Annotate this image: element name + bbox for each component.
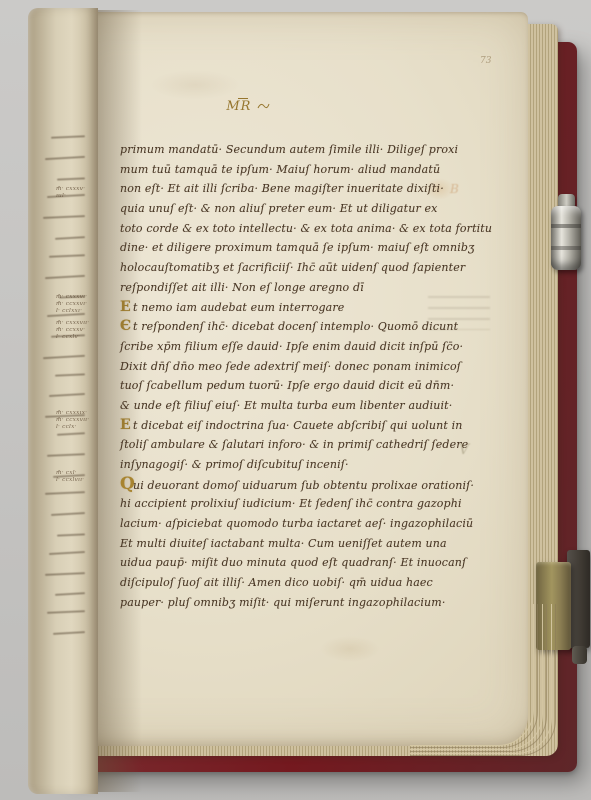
manuscript-line: ſcribe xp̄m filium eſſe dauid· Ipſe enim… xyxy=(120,337,502,357)
manuscript-line: mum tuū tamquā te ipſum· Maiuſ horum· al… xyxy=(120,160,502,180)
manuscript-line: primum mandatū· Secundum autem ſimile il… xyxy=(120,140,502,160)
facing-page-text-line xyxy=(43,355,85,360)
bottom-clasp-knob xyxy=(572,646,587,664)
manuscript-line: lacium· aſpiciebat quomodo turba iactare… xyxy=(120,514,502,534)
manuscript-text-block: primum mandatū· Secundum autem ſimile il… xyxy=(120,140,502,613)
canon-note-line: l· ccxlvıı· xyxy=(56,477,114,484)
canon-note-line: l· cclx· xyxy=(56,424,114,431)
manuscript-line: dine· et diligere proximum tamquā ſe ipſ… xyxy=(120,238,502,258)
facing-page-text-line xyxy=(49,551,85,555)
illuminated-initial: E xyxy=(120,298,133,318)
canon-note-line: m̄· ccxxvıı· xyxy=(56,417,114,424)
facing-page-text-line xyxy=(49,254,85,258)
facing-page-text-line xyxy=(57,177,85,181)
running-title-text: MR xyxy=(226,99,251,114)
margin-canon-note: m̄· cxxxıx·m̄· ccxxvıı·l· cclx· xyxy=(56,410,114,432)
facing-page-text-line xyxy=(57,432,85,436)
manuscript-line: tuoſ ſcabellum pedum tuorū· Ipſe ergo da… xyxy=(120,376,502,396)
facing-page-text-line xyxy=(45,572,85,576)
canon-note-line: l· cclxxı· xyxy=(56,308,114,315)
facing-page-text-line xyxy=(55,593,85,597)
facing-page-text-line xyxy=(53,631,85,635)
folio-number: 73 xyxy=(480,56,491,66)
facing-page-text-line xyxy=(55,236,85,240)
facing-page-text-line xyxy=(49,393,85,397)
facing-page-text-line xyxy=(47,453,85,457)
canon-note-line: ıul· xyxy=(56,193,114,200)
margin-canon-note: m̄· cxxxv·ıul· xyxy=(56,186,114,200)
manuscript-line: inſynagogiſ· & primoſ diſcubituſ inceniſ… xyxy=(120,455,502,475)
manuscript-line: Dixit dn̄ſ dn̄o meo ſede adextriſ meiſ· … xyxy=(120,357,502,377)
facing-page-text-line xyxy=(47,610,85,614)
manuscript-line: reſpondiſſet ait illi· Non eſ longe areg… xyxy=(120,278,502,298)
canon-note-line: m̄· cxxxvıı· xyxy=(56,320,114,327)
manuscript-line: hi accipient prolixiuſ iudicium· Et ſede… xyxy=(120,494,502,514)
canon-note-line: m̄· ccxxv· xyxy=(56,327,114,334)
facing-page-edge xyxy=(28,8,98,794)
bottom-clasp-strap xyxy=(536,562,571,650)
manuscript-photo: MR 73 primum mandatū· Secundum autem ſim… xyxy=(0,0,591,800)
manuscript-line: Et multi diuiteſ iactabant multa· Cum ue… xyxy=(120,534,502,554)
manuscript-line: holocauſtomatibʒ et ſacrificiiſ· Ihc̄ aū… xyxy=(120,258,502,278)
manuscript-line: non eſt· Et ait illi ſcriba· Bene magiſt… xyxy=(120,179,502,199)
manuscript-line: toto corde & ex toto intellectu· & ex to… xyxy=(120,219,502,239)
canon-note-line: m̄· ccxxvı· xyxy=(56,301,114,308)
manuscript-line: quia unuſ eſt· & non aliuſ preter eum· E… xyxy=(120,199,502,219)
top-metal-clasp xyxy=(551,206,581,270)
facing-page-text-line xyxy=(51,512,85,516)
illuminated-initial: E xyxy=(120,416,133,436)
margin-canon-note: m̄· cxl·l· ccxlvıı· xyxy=(56,470,114,484)
facing-page-text-line xyxy=(51,135,85,139)
manuscript-line: Єt reſpondenſ ihc̄· dicebat docenſ intem… xyxy=(120,317,502,337)
illuminated-initial: Q xyxy=(120,475,133,495)
canon-note-line: m̄· cxxxıx· xyxy=(56,410,114,417)
facing-page-text-line xyxy=(43,215,85,219)
canon-note-line: m̄· cxl· xyxy=(56,470,114,477)
facing-page-text-line xyxy=(45,274,85,279)
margin-canon-note: m̄· cxxxvı·m̄· ccxxvı·l· cclxxı· xyxy=(56,294,114,316)
canon-note-line: l· ccxlv· xyxy=(56,334,114,341)
flourish-mark xyxy=(257,101,270,110)
canon-note-line: m̄· cxxxv· xyxy=(56,186,114,193)
canon-note-line: m̄· cxxxvı· xyxy=(56,294,114,301)
title-macron xyxy=(238,98,248,99)
illuminated-initial: Є xyxy=(120,317,133,337)
manuscript-line: Qui deuorant domoſ uiduarum ſub obtentu … xyxy=(120,475,502,495)
manuscript-line: & unde eſt filiuſ eiuſ· Et multa turba e… xyxy=(120,396,502,416)
manuscript-line: pauper· pluſ omnibʒ miſit· qui miſerunt … xyxy=(120,593,502,613)
manuscript-line: Et dicebat eiſ indoctrina ſua· Cauete ab… xyxy=(120,416,502,436)
manuscript-line: uidua paup̄· miſit duo minuta quod eſt q… xyxy=(120,553,502,573)
facing-page-text-line xyxy=(45,156,85,161)
facing-page-text-line xyxy=(57,533,85,537)
margin-canon-note: m̄· cxxxvıı·m̄· ccxxv·l· ccxlv· xyxy=(56,320,114,342)
running-title: MR xyxy=(212,99,284,114)
manuscript-line: ſtoliſ ambulare & ſalutari inforo· & in … xyxy=(120,435,502,455)
manuscript-line: diſcipuloſ ſuoſ ait illiſ· Amen dico uob… xyxy=(120,573,502,593)
facing-page-text-line xyxy=(45,492,85,496)
facing-page-text-line xyxy=(55,373,85,377)
manuscript-line: Et nemo iam audebat eum interrogare xyxy=(120,298,502,318)
